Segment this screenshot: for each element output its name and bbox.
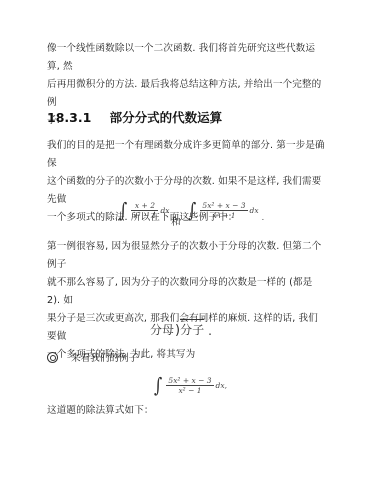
section-heading: 18.3.1 部分分式的代数运算 — [47, 108, 222, 126]
document-page: 像一个线性函数除以一个二次函数. 我们将首先研究这些代数运算, 然 后再用微积分… — [0, 0, 370, 480]
differential: dx — [160, 206, 169, 215]
text-line: 第一例很容易, 因为很显然分子的次数小于分母的次数. 但第二个例子 — [47, 238, 325, 274]
section-number: 18.3.1 — [47, 110, 91, 125]
integral-sign: ∫ — [188, 198, 196, 222]
text-line: 一个多项式的除法. 所以在下面这些例子中： — [47, 209, 325, 227]
integral-sign: ∫ — [154, 373, 162, 397]
paragraph-1: 我们的目的是把一个有理函数分成许多更简单的部分. 第一步是确保 这个函数的分子的… — [47, 137, 325, 227]
integral-example-1: ∫ x + 2 x² − 1 dx — [118, 198, 170, 222]
text-line: 后再用微积分的方法. 最后我将总结这种方法, 并给出一个完整的例 — [47, 76, 325, 112]
fraction: x + 2 x² − 1 — [131, 201, 158, 220]
section-title: 部分分式的代数运算 — [110, 110, 223, 125]
paragraph-2: 第一例很容易, 因为很显然分子的次数小于分母的次数. 但第二个例子 就不那么容易… — [47, 238, 325, 364]
long-division-notation: 分母 ) 分子 . — [150, 319, 212, 338]
denominator: x² − 1 — [210, 211, 237, 220]
denominator: x² − 1 — [131, 211, 158, 220]
terminator: . — [262, 213, 265, 222]
integral-example-2: ∫ 5x² + x − 3 x² − 1 dx . — [187, 198, 264, 222]
terminator: . — [208, 324, 212, 338]
numerator: 5x² + x − 3 — [200, 201, 247, 210]
example-hint: 来看我们的例子 — [47, 350, 138, 364]
text-line: 这个函数的分子的次数小于分母的次数. 如果不是这样, 我们需要先做 — [47, 173, 325, 209]
fraction: 5x² + x − 3 x² − 1 — [200, 201, 247, 220]
integral-sign: ∫ — [119, 198, 127, 222]
hint-text: 来看我们的例子 — [71, 350, 138, 364]
denominator: x² − 1 — [176, 386, 203, 395]
divisor: 分母 — [150, 321, 174, 338]
dividend: 分子 — [180, 319, 204, 338]
text-line: 就不那么容易了, 因为分子的次数同分母的次数是一样的 (都是 2). 如 — [47, 274, 325, 310]
paragraph-3: 这道题的除法算式如下： — [47, 402, 325, 420]
target-icon — [47, 352, 58, 363]
conjunction-and: 和 — [171, 214, 181, 228]
numerator: 5x² + x − 3 — [166, 376, 213, 385]
fraction: 5x² + x − 3 x² − 1 — [166, 376, 213, 395]
text-line: 我们的目的是把一个有理函数分成许多更简单的部分. 第一步是确保 — [47, 137, 325, 173]
text-line: 像一个线性函数除以一个二次函数. 我们将首先研究这些代数运算, 然 — [47, 40, 325, 76]
text-line: 这道题的除法算式如下： — [47, 402, 325, 420]
numerator: x + 2 — [133, 201, 157, 210]
integral-example-3: ∫ 5x² + x − 3 x² − 1 dx, — [153, 373, 227, 397]
differential: dx — [250, 206, 259, 215]
differential: dx, — [216, 381, 227, 390]
